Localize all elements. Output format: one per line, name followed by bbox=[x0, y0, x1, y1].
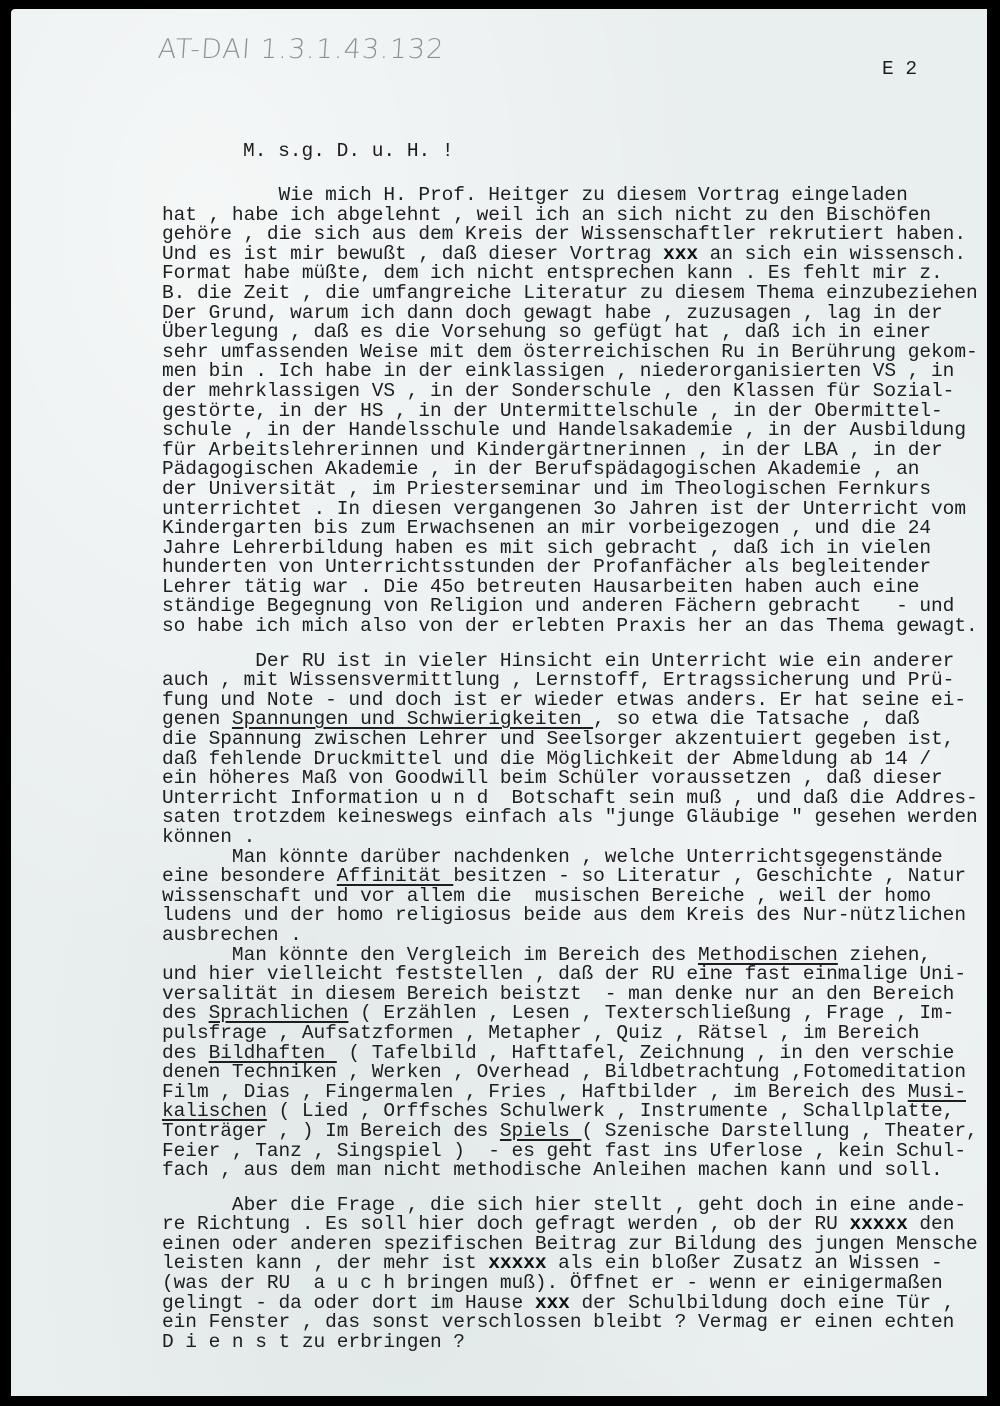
text-line: so habe ich mich also von der erlebten P… bbox=[162, 617, 992, 637]
paragraph: Der RU ist in vieler Hinsicht ein Unterr… bbox=[162, 652, 992, 1181]
archive-reference-handwritten: AT-DAI 1.3.1.43.132 bbox=[157, 34, 445, 65]
text-run: saten trotzdem keineswegs einfach als "j… bbox=[162, 806, 978, 828]
text-line: fach , aus dem man nicht methodische Anl… bbox=[162, 1161, 992, 1181]
paragraph: Wie mich H. Prof. Heitger zu diesem Vort… bbox=[162, 186, 992, 637]
text-run: fach , aus dem man nicht methodische Anl… bbox=[162, 1159, 943, 1181]
page-number: E 2 bbox=[882, 58, 917, 80]
salutation: M. s.g. D. u. H. ! bbox=[243, 140, 454, 162]
letter-body: Wie mich H. Prof. Heitger zu diesem Vort… bbox=[162, 186, 992, 1352]
paragraph: Aber die Frage , die sich hier stellt , … bbox=[162, 1196, 992, 1353]
text-line: saten trotzdem keineswegs einfach als "j… bbox=[162, 808, 992, 828]
text-run: so habe ich mich also von der erlebten P… bbox=[162, 615, 978, 637]
text-line: D i e n s t zu erbringen ? bbox=[162, 1333, 992, 1353]
text-run: D i e n s t zu erbringen ? bbox=[162, 1331, 465, 1353]
